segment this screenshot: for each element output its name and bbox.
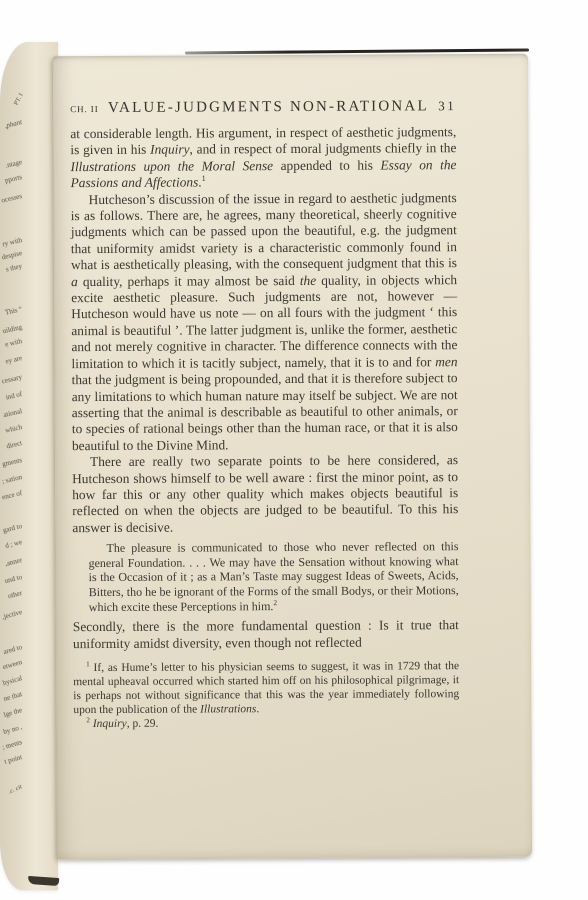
edge-text-fragment: ry with xyxy=(0,236,23,249)
edge-text-fragment: und to xyxy=(0,573,23,586)
running-header: CH. II VALUE-JUDGMENTS NON-RATIONAL 31 xyxy=(70,98,456,117)
edge-text-fragment: ey are xyxy=(0,354,23,367)
edge-text-fragment: gard to xyxy=(0,522,23,535)
edge-text-fragment: cessary xyxy=(0,373,23,386)
paragraph: at considerable length. His argument, in… xyxy=(70,124,456,192)
edge-text-fragment: d ; we xyxy=(0,538,23,551)
book-photo: PT. Iphant,ntage.pportsocessesry withdes… xyxy=(0,0,588,900)
edge-text-fragment: despise xyxy=(0,249,23,262)
book-page: CH. II VALUE-JUDGMENTS NON-RATIONAL 31 a… xyxy=(53,54,532,859)
edge-text-fragment: ne that xyxy=(0,690,23,704)
edge-text-fragment: uilding xyxy=(0,323,23,336)
block-quote: The pleasure is communicated to those wh… xyxy=(88,539,458,614)
edge-text-fragment: ence of xyxy=(0,489,23,502)
chapter-label: CH. II xyxy=(70,104,98,114)
edge-text-fragment: ared to xyxy=(0,643,23,657)
edge-text-fragment: ntage. xyxy=(0,158,23,171)
edge-text-fragment: anner, xyxy=(0,556,23,569)
edge-text-fragment: other xyxy=(0,589,23,602)
edge-text-fragment: sation ; xyxy=(0,473,23,486)
page-number: 31 xyxy=(438,98,456,114)
edge-text-fragment: ocesses xyxy=(0,192,23,205)
edge-text-fragment: c. cit. xyxy=(0,783,23,799)
page-title: VALUE-JUDGMENTS NON-RATIONAL xyxy=(99,98,439,117)
paragraph: There are really two separate points to … xyxy=(72,452,458,536)
edge-text-fragment: pports xyxy=(0,173,23,186)
text-column: CH. II VALUE-JUDGMENTS NON-RATIONAL 31 a… xyxy=(70,54,460,731)
text-block: at considerable length. His argument, in… xyxy=(70,124,459,652)
edge-text-fragment: , by no xyxy=(0,723,23,737)
edge-text-fragment: ational xyxy=(0,407,23,420)
edge-text-fragment: PT. I xyxy=(8,92,25,115)
edge-text-fragment: ind of xyxy=(0,390,23,403)
edge-text-fragment: s they xyxy=(0,262,23,275)
edge-text-fragment: lge the xyxy=(0,706,23,720)
edge-text-fragment: which xyxy=(0,423,23,436)
edge-text-fragment: gments xyxy=(0,456,23,469)
edge-text-fragment: phant, xyxy=(0,118,23,131)
edge-text-fragment: e with xyxy=(0,337,23,350)
edge-text-fragment: t point xyxy=(0,753,23,767)
edge-text-fragment: hysical xyxy=(0,674,23,688)
edge-text-fragment: “ This xyxy=(0,305,23,318)
edge-text-fragment: direct xyxy=(0,439,23,452)
paragraph: Hutcheson’s discussion of the issue in r… xyxy=(71,190,458,455)
edge-text-fragment: ments ; xyxy=(0,738,23,752)
footnotes: 1 If, as Hume’s letter to his physician … xyxy=(73,659,459,731)
paragraph: Secondly, there is the more fundamental … xyxy=(73,617,459,652)
edge-text-fragment: etween xyxy=(0,658,23,672)
page-edge-fragments: PT. Iphant,ntage.pportsocessesry withdes… xyxy=(0,0,24,900)
footnote: 2 Inquiry, p. 29. xyxy=(73,715,459,731)
footnote: 1 If, as Hume’s letter to his physician … xyxy=(73,659,459,717)
edge-text-fragment: jective, xyxy=(0,608,23,621)
